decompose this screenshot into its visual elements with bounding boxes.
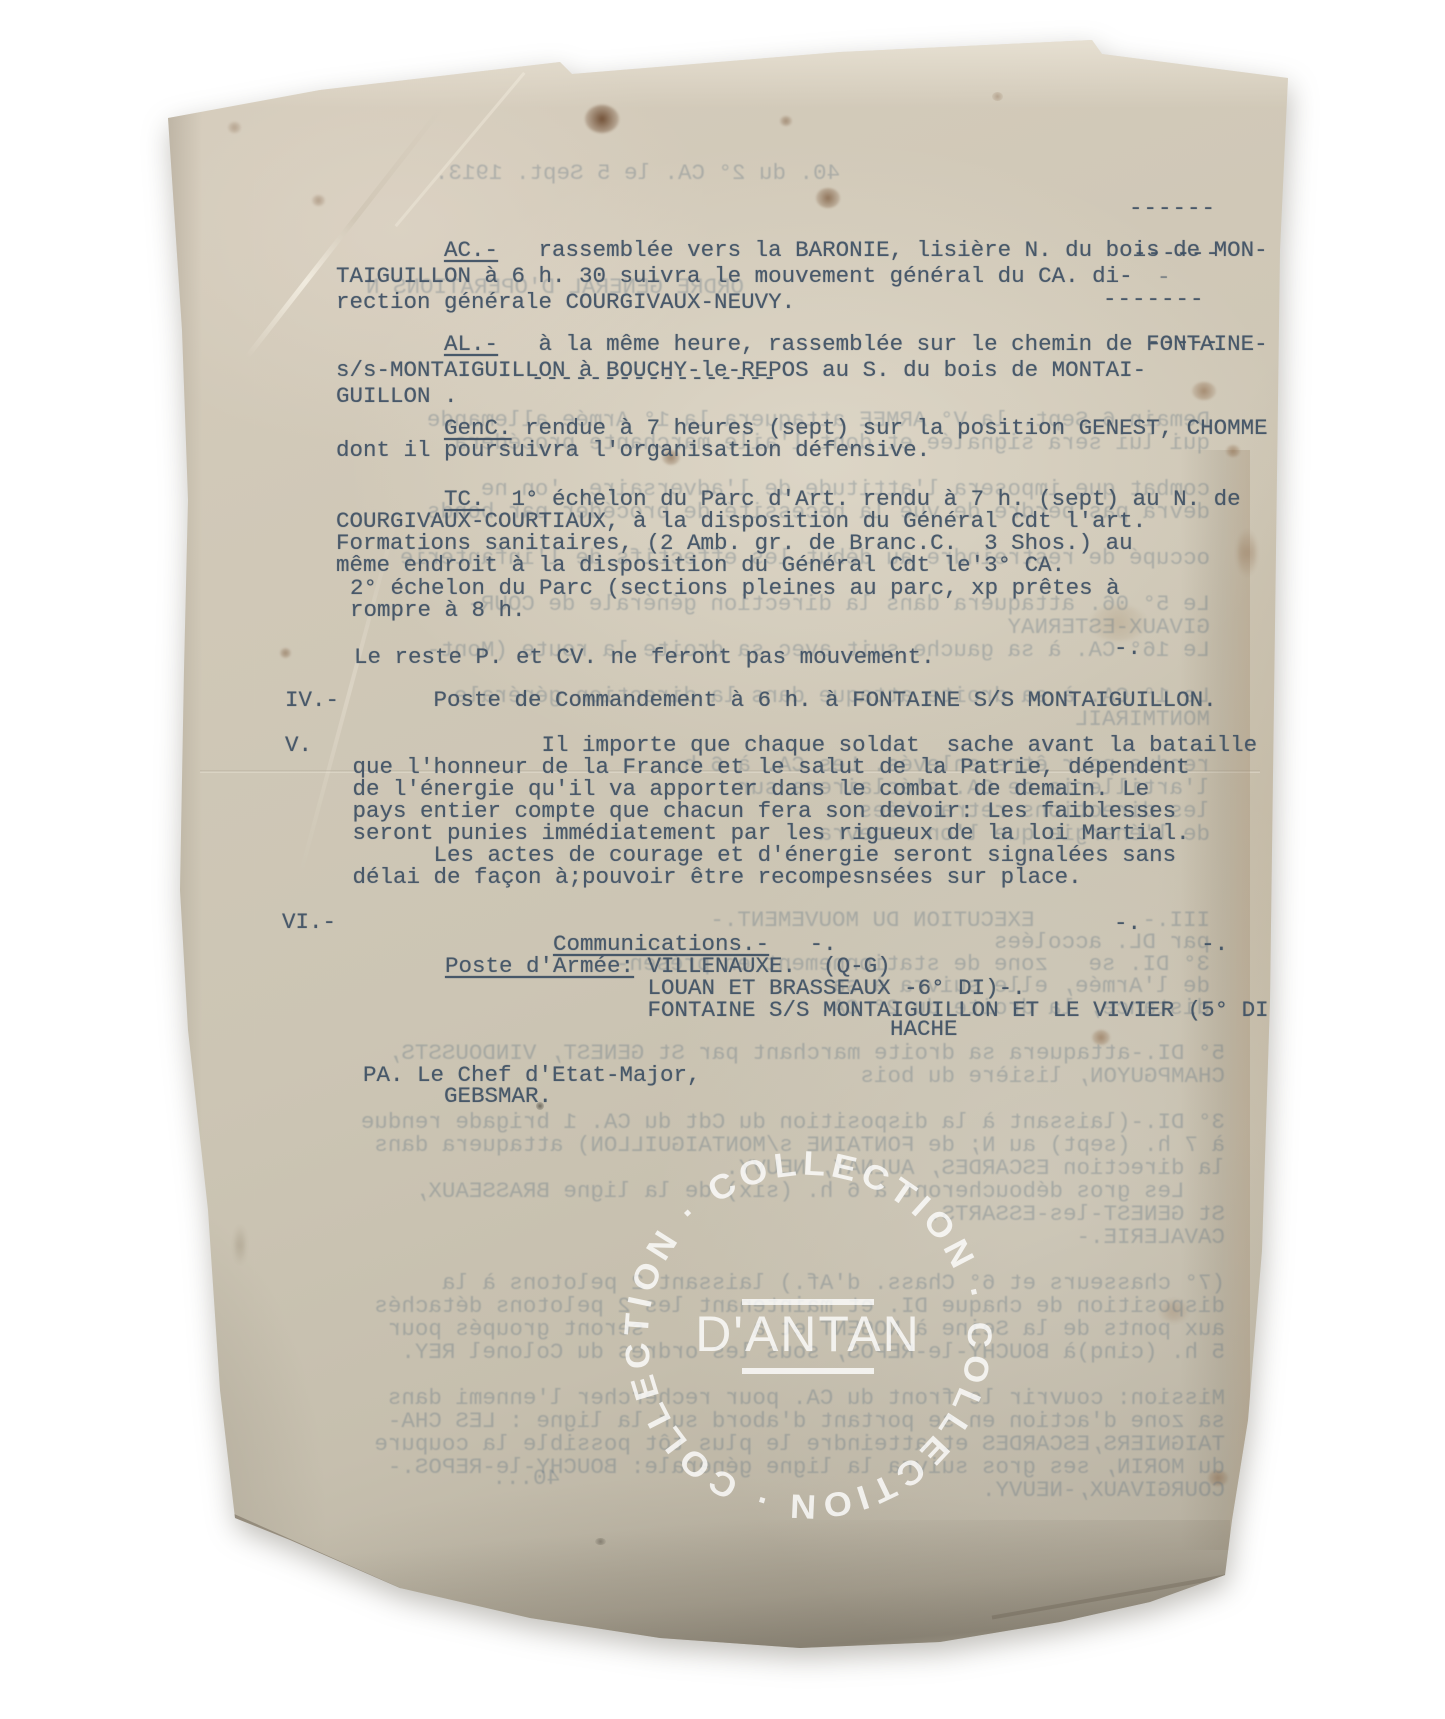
paragraph-iv: IV.- Poste de Commandement à 6 h. à FONT… [285, 689, 1217, 711]
stain [228, 122, 241, 133]
collection-watermark: COLLECTION · COLLECTION · COLLECTION · D… [598, 1125, 1018, 1545]
stain [1238, 530, 1256, 576]
margin-dashes: ------ [1133, 242, 1220, 264]
margin-dashes: ------ [1129, 197, 1216, 219]
stain [388, 72, 397, 80]
ghost-bleedthrough-mark: 40... [460, 1467, 560, 1490]
section-label-al: AL.- [444, 331, 498, 357]
section-label-ac: AC.- [444, 237, 498, 263]
stain [312, 195, 325, 206]
signature-name: GEBSMAR. [444, 1085, 552, 1107]
watermark-bar [742, 1299, 874, 1305]
top-edge-highlight [170, 38, 1290, 108]
watermark-bar [742, 1368, 874, 1374]
section-label-vi: VI.- [282, 911, 336, 933]
margin-dashes: ------- [1103, 288, 1205, 310]
watermark-center-text: D'ANTAN [695, 1306, 920, 1362]
stain [816, 188, 840, 208]
stain [780, 116, 792, 126]
stain [585, 105, 619, 133]
margin-dashes: -. [1114, 637, 1141, 659]
ghost-bleedthrough-header: 40. du 2° CA. le 5 Sept. 1913. [495, 162, 840, 185]
paper-sheet: 40. du 2° CA. le 5 Sept. 1913. ORDRE GEN… [140, 30, 1315, 1690]
photographed-document: 40. du 2° CA. le 5 Sept. 1913. ORDRE GEN… [0, 0, 1445, 1719]
paragraph-communications: Communications.- -. -. Poste d'Armée: VI… [445, 911, 1282, 1043]
margin-dashes: - [1157, 266, 1171, 288]
paper-surface: 40. du 2° CA. le 5 Sept. 1913. ORDRE GEN… [140, 30, 1315, 1690]
paragraph-reste: Le reste P. et CV. ne feront pas mouveme… [354, 646, 935, 668]
word-hache: HACHE [890, 1018, 958, 1040]
separator-dashes: ----------------- [531, 367, 778, 389]
paragraph-echelon2: 2° échelon du Parc (sections pleines au … [350, 577, 1120, 621]
left-edge-shading [160, 110, 220, 1550]
paragraph-v: V. Il importe que chaque soldat sache av… [285, 734, 1257, 888]
margin-dashes: ----- [1147, 331, 1220, 353]
stain [992, 92, 1003, 101]
margin-dashes: -. [1114, 912, 1141, 934]
